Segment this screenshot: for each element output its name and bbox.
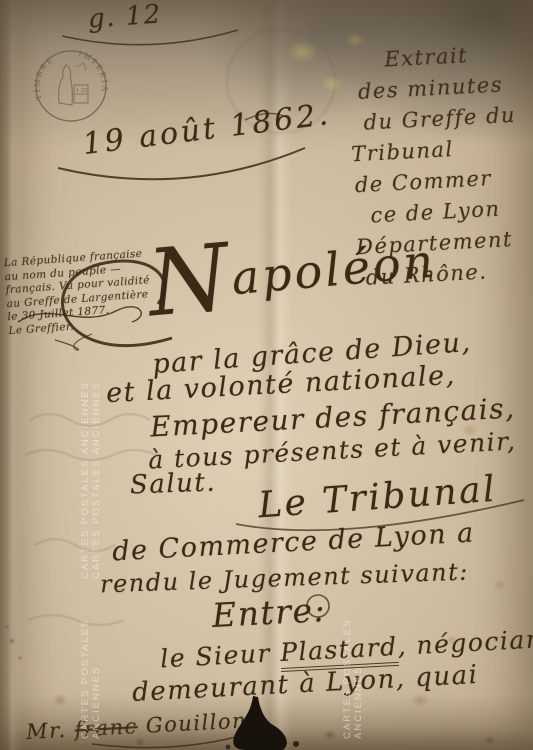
timbre-imperial-stamp: TIMBRE IMPERIAL 1 25	[32, 47, 110, 125]
title-initial: N	[144, 223, 237, 337]
footer-line: Mr. franc Gouillon.	[26, 708, 256, 744]
folio-number: g. 12	[87, 0, 163, 35]
stamp-arc-left-label: TIMBRE	[32, 54, 55, 102]
party-suffix: , négociant	[397, 624, 533, 661]
stamp-value: 1 25	[76, 87, 87, 94]
body-line: Salut.	[130, 468, 217, 501]
tribunal-line: Entre:	[211, 590, 327, 635]
scanned-document-page: g. 12 TIMBRE IMPERIAL 1 25 19 août 1862.…	[0, 0, 533, 750]
title-rest: apoléon	[229, 234, 438, 306]
document-date: 19 août 1862.	[81, 97, 333, 162]
svg-text:TIMBRE: TIMBRE	[32, 54, 55, 102]
svg-text:IMPERIAL: IMPERIAL	[32, 47, 110, 94]
stamp-arc-right-label: IMPERIAL	[32, 47, 110, 94]
footer-prefix: Mr.	[26, 717, 76, 744]
party-prefix: le Sieur	[160, 638, 282, 673]
margin-validation-note: La République française au nom du peuple…	[3, 247, 158, 338]
invocation-title: Napoléon	[146, 234, 438, 313]
footer-name: Gouillon.	[137, 708, 256, 738]
stamp-figure	[59, 65, 73, 105]
footer-struck-word: franc	[74, 714, 138, 741]
